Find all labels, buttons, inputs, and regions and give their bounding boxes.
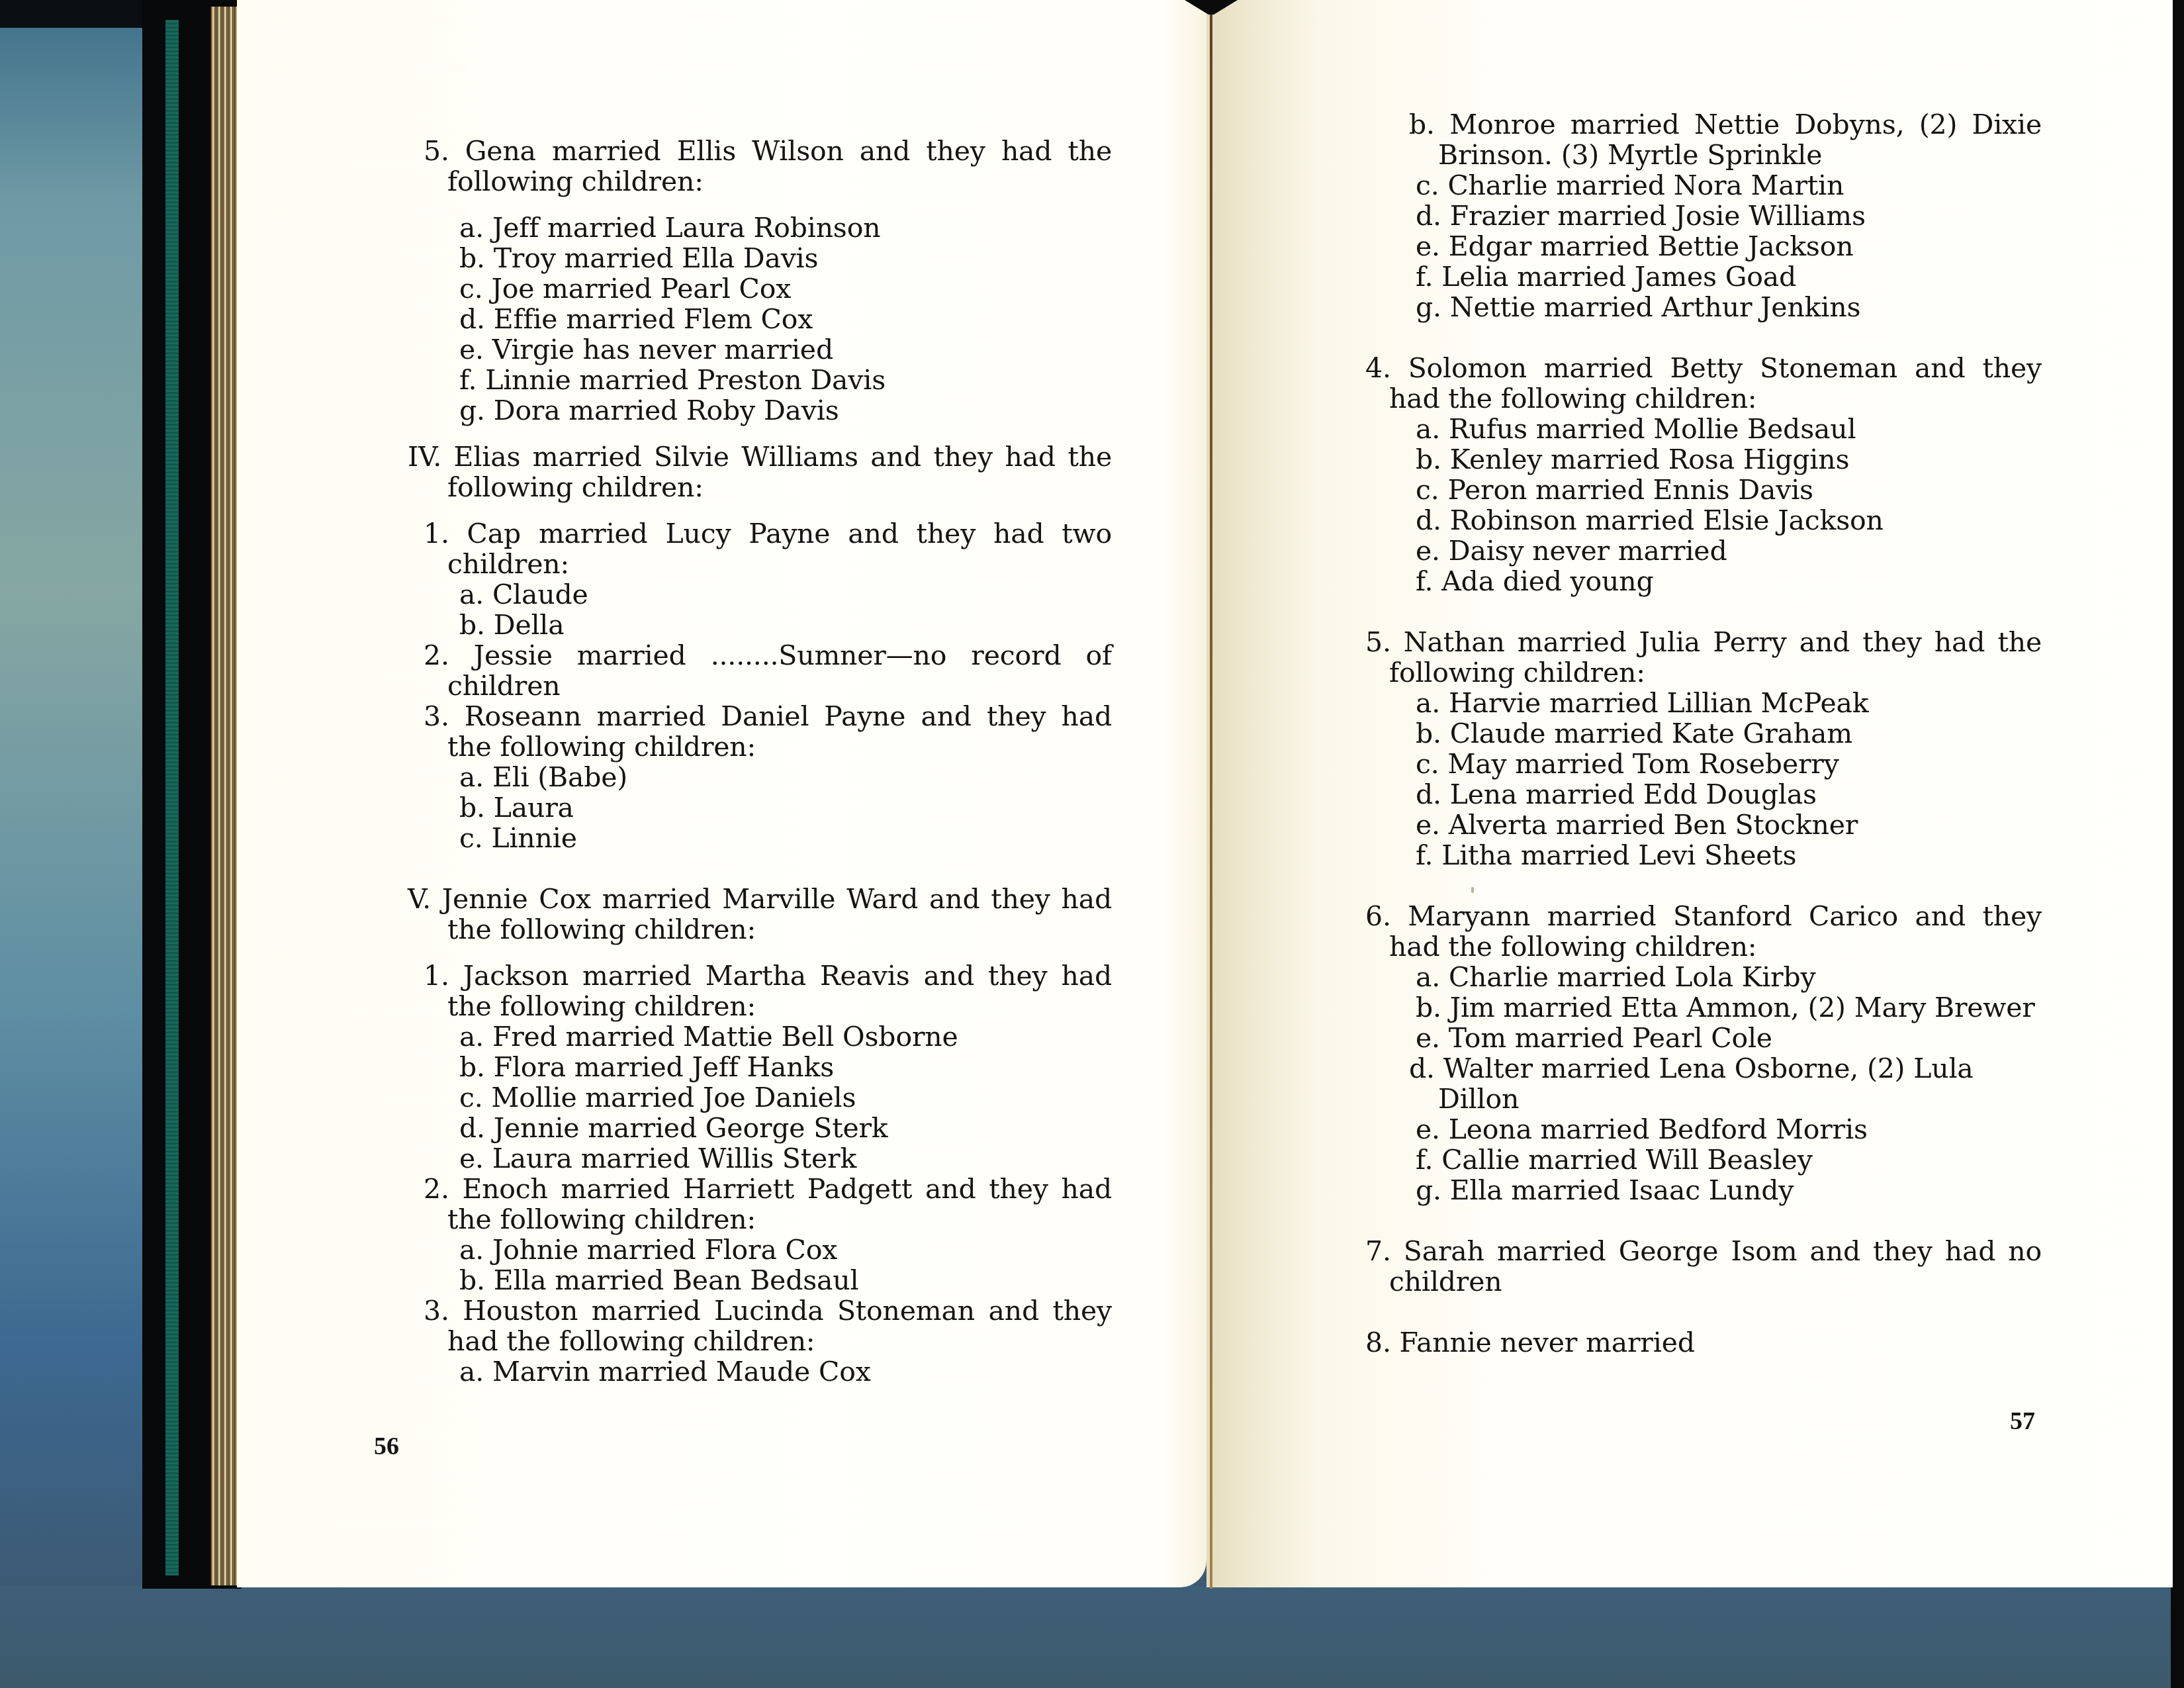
entry-heading: 8. Fannie never married — [1365, 1327, 2042, 1358]
entry-marker: 5. — [1365, 626, 1391, 658]
entry-text: Nathan married Julia Perry and they had … — [1389, 626, 2042, 688]
child-item: g. Dora married Roby Davis — [424, 395, 1112, 426]
right-page-text: b. Monroe married Nettie Dobyns, (2) Dix… — [1380, 109, 2042, 1358]
entry-text: Houston married Lucinda Stoneman and the… — [447, 1295, 1112, 1357]
child-item: d. Robinson married Elsie Jackson — [1380, 505, 2042, 536]
entry-heading: 4. Solomon married Betty Stoneman and th… — [1365, 353, 2042, 414]
entry-marker: 1. — [424, 518, 449, 549]
entry-text: Maryann married Stanford Carico and they… — [1389, 900, 2042, 962]
left-page-text: 5. Gena married Ellis Wilson and they ha… — [424, 136, 1112, 1387]
child-item: e. Leona married Bedford Morris — [1380, 1114, 2042, 1145]
page-number-left: 56 — [374, 1432, 399, 1461]
entry-text: Fannie never married — [1400, 1327, 1695, 1358]
page-number-right: 57 — [2010, 1407, 2035, 1436]
child-item: b. Ella married Bean Bedsaul — [424, 1265, 1112, 1295]
child-item: c. May married Tom Roseberry — [1380, 749, 2042, 779]
child-item: a. Harvie married Lillian McPeak — [1380, 688, 2042, 718]
child-item: d. Walter married Lena Osborne, (2) Lula… — [1380, 1053, 2042, 1114]
child-item: e. Virgie has never married — [424, 334, 1112, 365]
child-item: g. Nettie married Arthur Jenkins — [1380, 292, 2042, 322]
entry-marker: 3. — [424, 700, 449, 732]
entry-heading: 5. Gena married Ellis Wilson and they ha… — [424, 136, 1112, 197]
section-text: Jennie Cox married Marville Ward and the… — [442, 883, 1112, 945]
child-item: d. Lena married Edd Douglas — [1380, 779, 2042, 810]
child-item: e. Tom married Pearl Cole — [1380, 1023, 2042, 1053]
scanned-book-spread: 5. Gena married Ellis Wilson and they ha… — [0, 0, 2184, 1688]
scanner-bed-shadow — [0, 1585, 2184, 1688]
paper-speck — [1471, 887, 1474, 893]
entry-marker: 4. — [1365, 352, 1391, 384]
child-item: b. Troy married Ella Davis — [424, 243, 1112, 273]
child-item: f. Lelia married James Goad — [1380, 261, 2042, 292]
child-item: b. Monroe married Nettie Dobyns, (2) Dix… — [1380, 109, 2042, 170]
entry-heading: 6. Maryann married Stanford Carico and t… — [1365, 901, 2042, 962]
entry-heading: 1. Cap married Lucy Payne and they had t… — [424, 518, 1112, 579]
child-item: b. Kenley married Rosa Higgins — [1380, 444, 2042, 475]
child-item: a. Johnie married Flora Cox — [424, 1235, 1112, 1265]
entry-text: Cap married Lucy Payne and they had two … — [447, 518, 1112, 580]
section-heading: IV. Elias married Silvie Williams and th… — [408, 442, 1112, 502]
entry-text: Jessie married ........Sumner—no record … — [447, 639, 1112, 702]
entry-heading: 2. Jessie married ........Sumner—no reco… — [424, 640, 1112, 701]
child-item: c. Charlie married Nora Martin — [1380, 170, 2042, 201]
entry-marker: 6. — [1365, 900, 1391, 932]
child-item: a. Charlie married Lola Kirby — [1380, 962, 2042, 992]
child-item: g. Ella married Isaac Lundy — [1380, 1175, 2042, 1205]
book-cover-cloth — [165, 20, 179, 1575]
child-item: f. Linnie married Preston Davis — [424, 365, 1112, 395]
child-item: a. Fred married Mattie Bell Osborne — [424, 1021, 1112, 1052]
entry-heading: 3. Houston married Lucinda Stoneman and … — [424, 1295, 1112, 1356]
entry-marker: 8. — [1365, 1327, 1391, 1358]
child-item: b. Della — [424, 610, 1112, 640]
entry-heading: 3. Roseann married Daniel Payne and they… — [424, 701, 1112, 762]
section-text: Elias married Silvie Williams and they h… — [447, 441, 1112, 503]
entry-text: Sarah married George Isom and they had n… — [1389, 1235, 2042, 1297]
child-item: b. Flora married Jeff Hanks — [424, 1052, 1112, 1082]
entry-marker: 2. — [424, 639, 449, 671]
entry-heading: 1. Jackson married Martha Reavis and the… — [424, 961, 1112, 1021]
child-item: b. Jim married Etta Ammon, (2) Mary Brew… — [1380, 992, 2042, 1023]
child-item: c. Linnie — [424, 823, 1112, 853]
child-item: e. Alverta married Ben Stockner — [1380, 810, 2042, 840]
child-item: c. Joe married Pearl Cox — [424, 273, 1112, 304]
child-item: a. Rufus married Mollie Bedsaul — [1380, 414, 2042, 444]
entry-text: Solomon married Betty Stoneman and they … — [1389, 352, 2042, 414]
scanner-edge-right — [2171, 0, 2184, 1688]
book-page-edges — [210, 7, 237, 1585]
child-item: a. Eli (Babe) — [424, 762, 1112, 792]
entry-text: Roseann married Daniel Payne and they ha… — [447, 700, 1112, 763]
entry-heading: 7. Sarah married George Isom and they ha… — [1365, 1236, 2042, 1297]
child-item: e. Laura married Willis Sterk — [424, 1143, 1112, 1174]
child-item: d. Jennie married George Sterk — [424, 1113, 1112, 1143]
section-marker: V. — [408, 883, 431, 915]
section-heading: V. Jennie Cox married Marville Ward and … — [408, 884, 1112, 945]
child-item: d. Frazier married Josie Williams — [1380, 201, 2042, 231]
entry-heading: 2. Enoch married Harriett Padgett and th… — [424, 1174, 1112, 1235]
entry-marker: 1. — [424, 960, 449, 992]
child-item: d. Effie married Flem Cox — [424, 304, 1112, 334]
entry-marker: 5. — [424, 135, 449, 167]
entry-marker: 2. — [424, 1173, 449, 1205]
entry-text: Jackson married Martha Reavis and they h… — [447, 960, 1112, 1022]
child-item: f. Ada died young — [1380, 566, 2042, 596]
child-item: f. Litha married Levi Sheets — [1380, 840, 2042, 870]
child-item: a. Jeff married Laura Robinson — [424, 212, 1112, 243]
child-item: e. Daisy never married — [1380, 536, 2042, 566]
child-item: e. Edgar married Bettie Jackson — [1380, 231, 2042, 261]
section-marker: IV. — [408, 441, 441, 473]
child-item: a. Claude — [424, 579, 1112, 610]
entry-text: Enoch married Harriett Padgett and they … — [447, 1173, 1112, 1235]
entry-text: Gena married Ellis Wilson and they had t… — [447, 135, 1112, 197]
child-item: a. Marvin married Maude Cox — [424, 1356, 1112, 1387]
entry-marker: 3. — [424, 1295, 449, 1327]
entry-marker: 7. — [1365, 1235, 1391, 1267]
child-item: b. Laura — [424, 792, 1112, 823]
child-item: b. Claude married Kate Graham — [1380, 718, 2042, 749]
entry-heading: 5. Nathan married Julia Perry and they h… — [1365, 627, 2042, 688]
book-gutter — [1210, 13, 1212, 1589]
child-item: c. Peron married Ennis Davis — [1380, 475, 2042, 505]
child-item: c. Mollie married Joe Daniels — [424, 1082, 1112, 1113]
child-item: f. Callie married Will Beasley — [1380, 1145, 2042, 1175]
